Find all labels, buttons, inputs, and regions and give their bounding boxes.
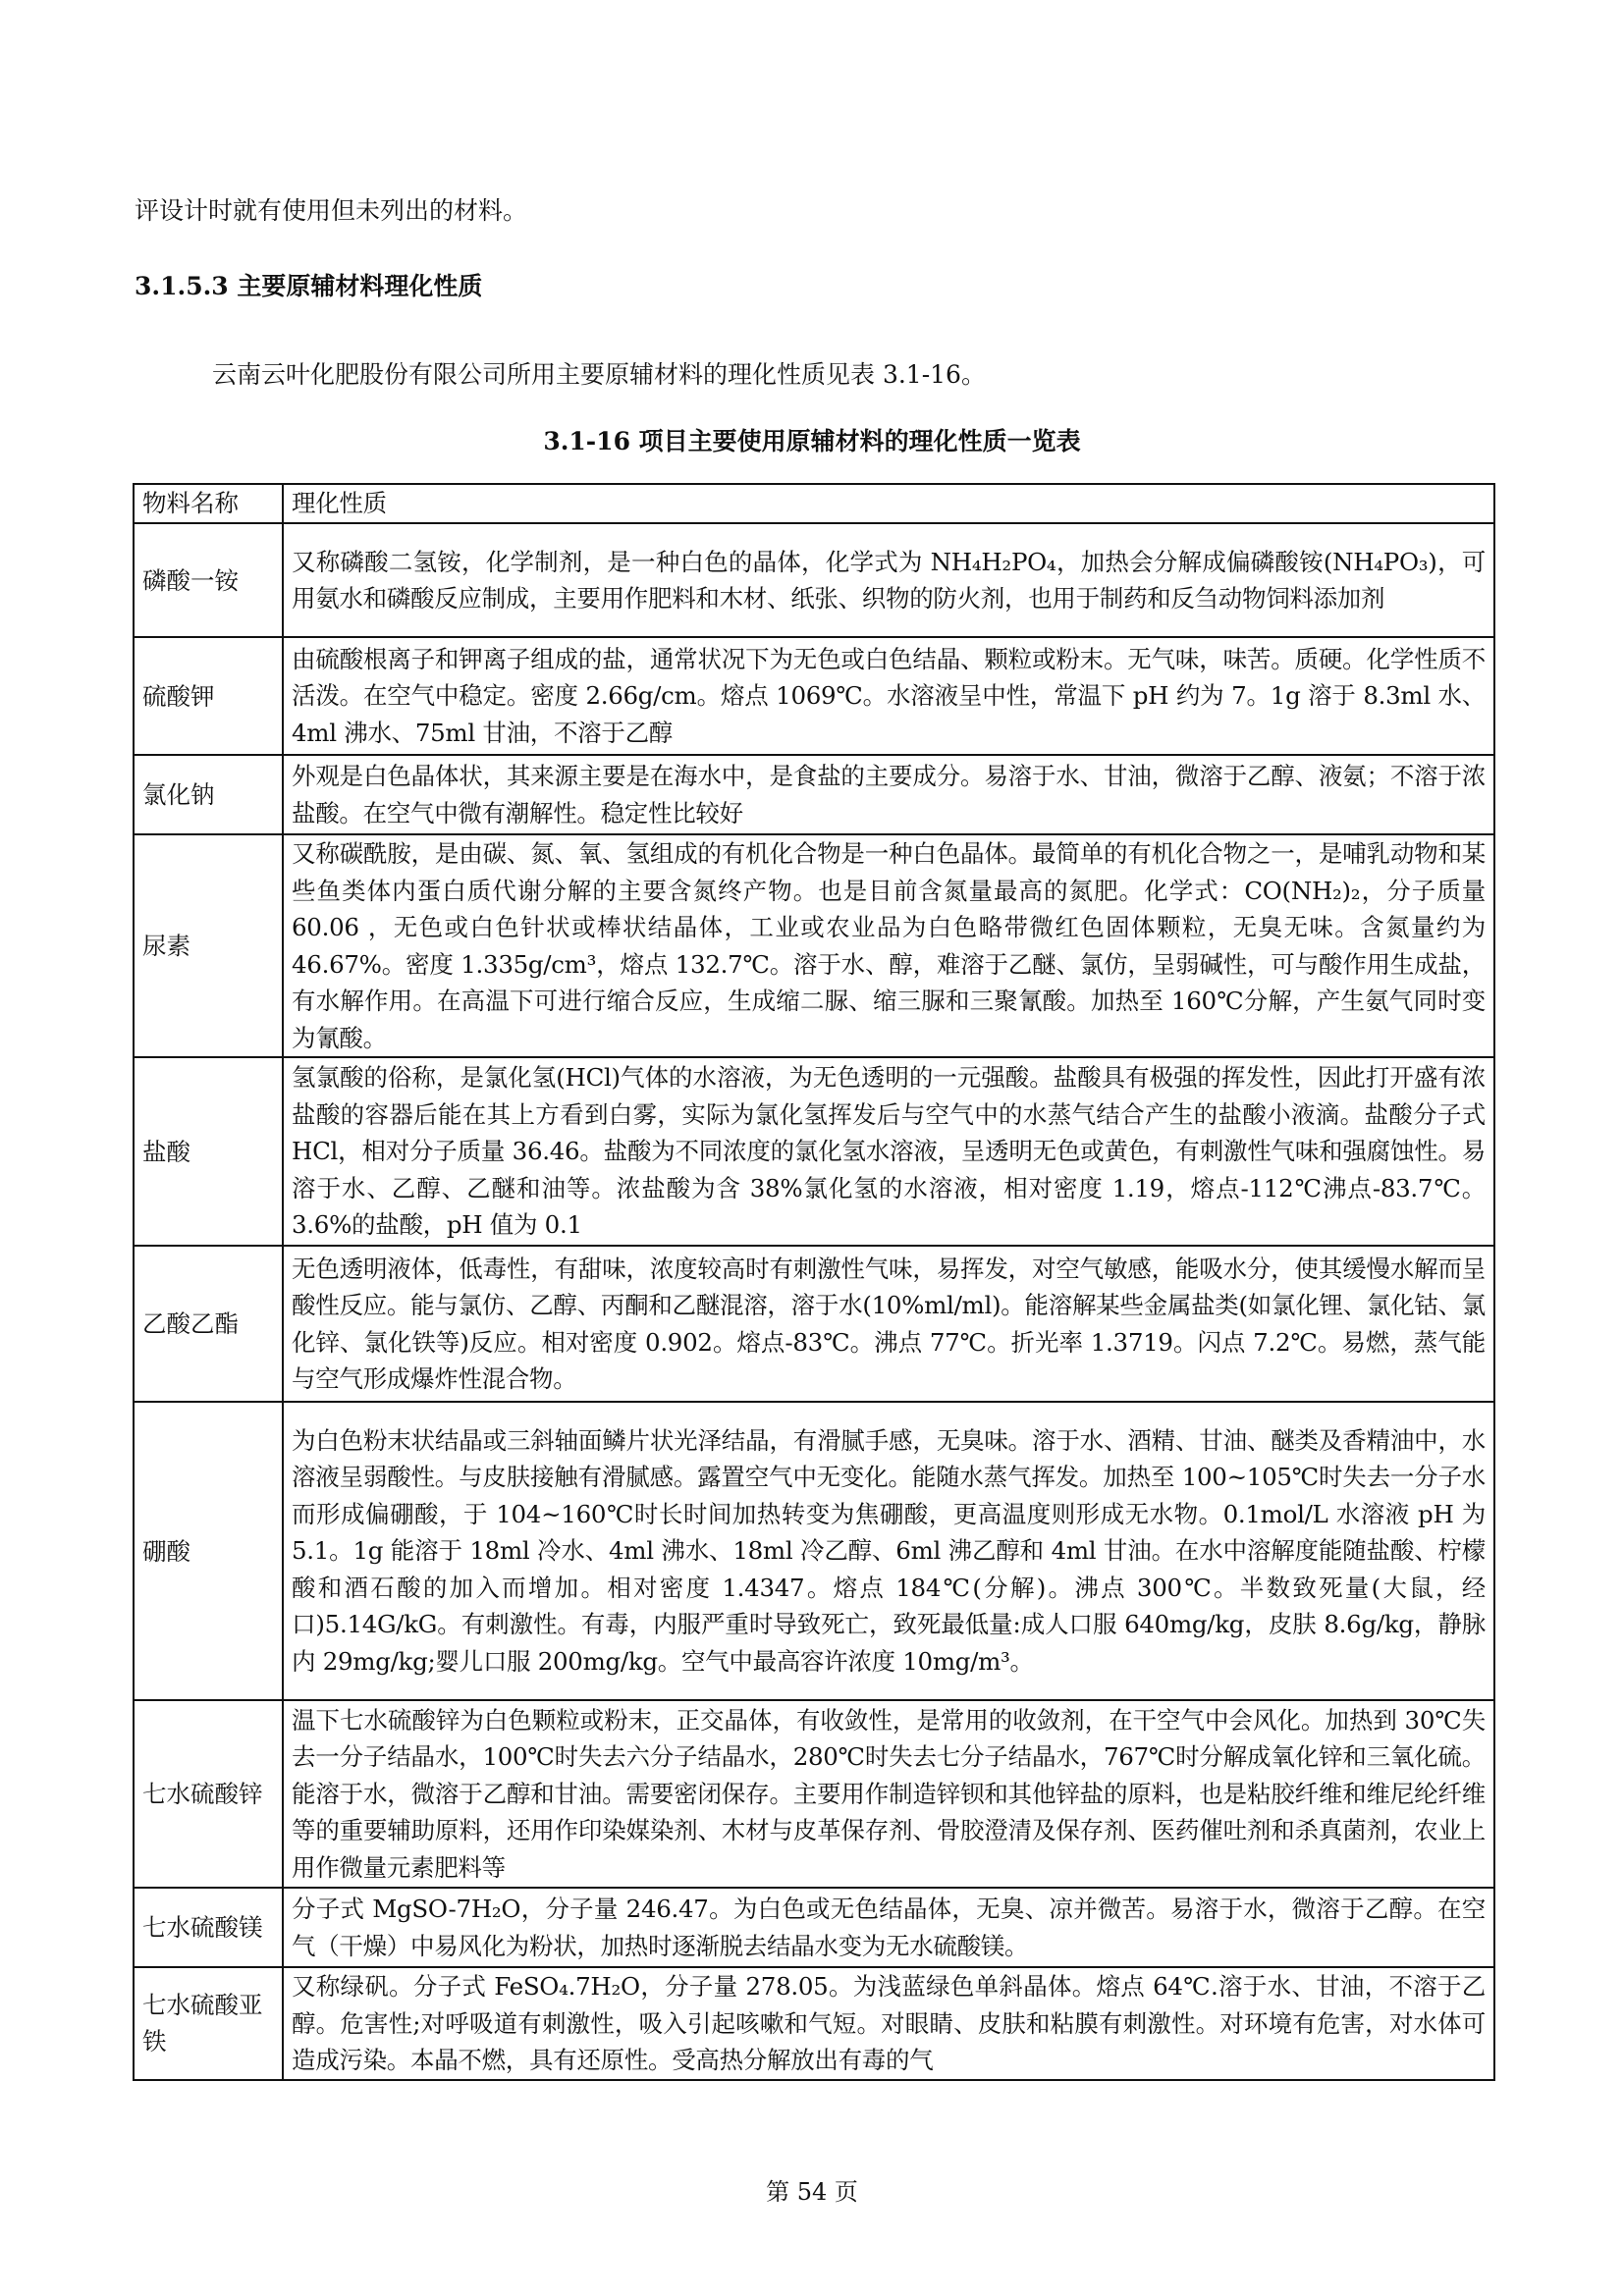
table-row: 硫酸钾由硫酸根离子和钾离子组成的盐，通常状况下为无色或白色结晶、颗粒或粉末。无气… <box>134 637 1494 755</box>
material-properties-cell: 无色透明液体，低毒性，有甜味，浓度较高时有刺激性气味，易挥发，对空气敏感，能吸水… <box>283 1246 1494 1402</box>
material-name-cell: 硼酸 <box>134 1402 283 1700</box>
continuation-paragraph: 评设计时就有使用但未列出的材料。 <box>135 195 527 227</box>
material-name-cell: 氯化钠 <box>134 755 283 834</box>
material-name-cell: 硫酸钾 <box>134 637 283 755</box>
section-heading: 3.1.5.3 主要原辅材料理化性质 <box>135 271 482 302</box>
material-name-cell: 盐酸 <box>134 1057 283 1246</box>
table-row: 尿素又称碳酰胺，是由碳、氮、氧、氢组成的有机化合物是一种白色晶体。最简单的有机化… <box>134 834 1494 1057</box>
table-row: 磷酸一铵又称磷酸二氢铵，化学制剂，是一种白色的晶体，化学式为 NH₄H₂PO₄，… <box>134 523 1494 637</box>
material-properties-cell: 又称碳酰胺，是由碳、氮、氧、氢组成的有机化合物是一种白色晶体。最简单的有机化合物… <box>283 834 1494 1057</box>
page-number: 第 54 页 <box>0 2172 1624 2207</box>
material-properties-table: 物料名称 理化性质 磷酸一铵又称磷酸二氢铵，化学制剂，是一种白色的晶体，化学式为… <box>133 483 1495 2081</box>
table-header-row: 物料名称 理化性质 <box>134 484 1494 523</box>
table-row: 硼酸为白色粉末状结晶或三斜轴面鳞片状光泽结晶，有滑腻手感，无臭味。溶于水、酒精、… <box>134 1402 1494 1700</box>
header-properties: 理化性质 <box>283 484 1494 523</box>
table-row: 氯化钠外观是白色晶体状，其来源主要是在海水中，是食盐的主要成分。易溶于水、甘油，… <box>134 755 1494 834</box>
material-name-cell: 七水硫酸锌 <box>134 1700 283 1888</box>
material-name-cell: 乙酸乙酯 <box>134 1246 283 1402</box>
material-name-cell: 磷酸一铵 <box>134 523 283 637</box>
table-caption: 3.1-16 项目主要使用原辅材料的理化性质一览表 <box>0 426 1624 457</box>
material-properties-cell: 为白色粉末状结晶或三斜轴面鳞片状光泽结晶，有滑腻手感，无臭味。溶于水、酒精、甘油… <box>283 1402 1494 1700</box>
material-properties-cell: 外观是白色晶体状，其来源主要是在海水中，是食盐的主要成分。易溶于水、甘油，微溶于… <box>283 755 1494 834</box>
table-row: 盐酸氢氯酸的俗称，是氯化氢(HCl)气体的水溶液，为无色透明的一元强酸。盐酸具有… <box>134 1057 1494 1246</box>
material-name-cell: 七水硫酸亚铁 <box>134 1967 283 2080</box>
material-name-cell: 尿素 <box>134 834 283 1057</box>
header-material-name: 物料名称 <box>134 484 283 523</box>
material-name-cell: 七水硫酸镁 <box>134 1888 283 1967</box>
material-properties-cell: 由硫酸根离子和钾离子组成的盐，通常状况下为无色或白色结晶、颗粒或粉末。无气味，味… <box>283 637 1494 755</box>
material-properties-cell: 温下七水硫酸锌为白色颗粒或粉末，正交晶体，有收敛性，是常用的收敛剂，在干空气中会… <box>283 1700 1494 1888</box>
intro-paragraph: 云南云叶化肥股份有限公司所用主要原辅材料的理化性质见表 3.1-16。 <box>212 359 986 391</box>
material-properties-cell: 氢氯酸的俗称，是氯化氢(HCl)气体的水溶液，为无色透明的一元强酸。盐酸具有极强… <box>283 1057 1494 1246</box>
table-row: 七水硫酸亚铁又称绿矾。分子式 FeSO₄.7H₂O，分子量 278.05。为浅蓝… <box>134 1967 1494 2080</box>
table-row: 七水硫酸锌温下七水硫酸锌为白色颗粒或粉末，正交晶体，有收敛性，是常用的收敛剂，在… <box>134 1700 1494 1888</box>
material-properties-cell: 又称绿矾。分子式 FeSO₄.7H₂O，分子量 278.05。为浅蓝绿色单斜晶体… <box>283 1967 1494 2080</box>
material-properties-cell: 分子式 MgSO-7H₂O，分子量 246.47。为白色或无色结晶体，无臭、凉并… <box>283 1888 1494 1967</box>
material-properties-cell: 又称磷酸二氢铵，化学制剂，是一种白色的晶体，化学式为 NH₄H₂PO₄，加热会分… <box>283 523 1494 637</box>
table-row: 乙酸乙酯无色透明液体，低毒性，有甜味，浓度较高时有刺激性气味，易挥发，对空气敏感… <box>134 1246 1494 1402</box>
table-row: 七水硫酸镁分子式 MgSO-7H₂O，分子量 246.47。为白色或无色结晶体，… <box>134 1888 1494 1967</box>
